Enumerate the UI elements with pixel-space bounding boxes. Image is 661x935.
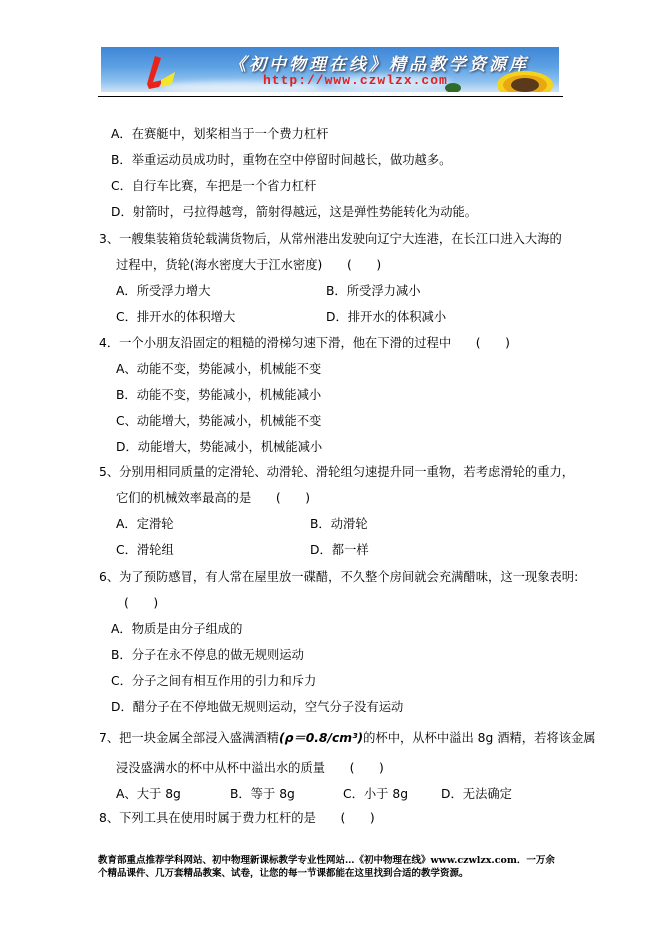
q5-option-a: A．定滑轮 bbox=[116, 516, 174, 532]
q7-option-a: A、大于 8g bbox=[116, 786, 181, 802]
footer-line2: 个精品课件、几万套精品教案、试卷，让您的每一节课都能在这里找到合适的教学资源。 bbox=[98, 868, 469, 880]
q2-option-b: B．举重运动员成功时，重物在空中停留时间越长，做功越多。 bbox=[111, 152, 451, 168]
q6-option-d: D．醋分子在不停地做无规则运动，空气分子没有运动 bbox=[111, 699, 403, 715]
header-rule bbox=[98, 96, 563, 97]
q7-option-c: C．小于 8g bbox=[343, 786, 408, 802]
q6-option-b: B．分子在永不停息的做无规则运动 bbox=[111, 647, 304, 663]
density-formula: (ρ＝0.8/cm³) bbox=[279, 731, 363, 745]
q3-option-c: C．排开水的体积增大 bbox=[116, 309, 235, 325]
q7-stem-line1: 7、把一块金属全部浸入盛满酒精(ρ＝0.8/cm³)的杯中，从杯中溢出 8g 酒… bbox=[99, 730, 596, 746]
q2-option-c: C．自行车比赛，车把是一个省力杠杆 bbox=[111, 178, 316, 194]
banner-url: http://www.czwlzx.com bbox=[263, 73, 448, 88]
q4-option-d: D．动能增大，势能减小，机械能减小 bbox=[116, 439, 322, 455]
q3-option-d: D．排开水的体积减小 bbox=[326, 309, 446, 325]
q3-stem-line1: 3、一艘集装箱货轮载满货物后，从常州港出发驶向辽宁大连港，在长江口进入大海的 bbox=[99, 231, 562, 247]
q5-stem-line2: 它们的机械效率最高的是 ( ) bbox=[116, 490, 310, 506]
q5-option-d: D．都一样 bbox=[310, 542, 369, 558]
banner-title: 《初中物理在线》精品教学资源库 bbox=[229, 50, 529, 75]
q6-stem-line2: ( ) bbox=[124, 595, 158, 611]
q8-stem: 8、下列工具在使用时属于费力杠杆的是 ( ) bbox=[99, 810, 375, 826]
footer-line1: 教育部重点推荐学科网站、初中物理新课标教学专业性网站…《初中物理在线》www.c… bbox=[98, 855, 555, 867]
q6-stem-line1: 6、为了预防感冒，有人常在屋里放一碟醋，不久整个房间就会充满醋味，这一现象表明: bbox=[99, 569, 578, 585]
q4-option-a: A、动能不变，势能减小，机械能不变 bbox=[116, 361, 321, 377]
q3-option-a: A．所受浮力增大 bbox=[116, 283, 211, 299]
red-yellow-L-logo-icon bbox=[141, 54, 181, 92]
q4-option-b: B．动能不变，势能减小，机械能减小 bbox=[116, 387, 321, 403]
q6-option-a: A．物质是由分子组成的 bbox=[111, 621, 242, 637]
q7-stem-part-a: 7、把一块金属全部浸入盛满酒精 bbox=[99, 731, 279, 745]
q5-option-c: C．滑轮组 bbox=[116, 542, 174, 558]
q7-option-b: B．等于 8g bbox=[230, 786, 295, 802]
q7-stem-line2: 浸没盛满水的杯中从杯中溢出水的质量 ( ) bbox=[116, 760, 384, 776]
q4-option-c: C、动能增大，势能减小，机械能不变 bbox=[116, 413, 321, 429]
sunflower-icon bbox=[495, 59, 555, 92]
q3-option-b: B．所受浮力减小 bbox=[326, 283, 421, 299]
q7-stem-part-b: 的杯中，从杯中溢出 8g 酒精，若将该金属 bbox=[363, 731, 596, 745]
q7-option-d: D．无法确定 bbox=[441, 786, 512, 802]
leaf-icon bbox=[443, 79, 463, 92]
q5-stem-line1: 5、分别用相同质量的定滑轮、动滑轮、滑轮组匀速提升同一重物，若考虑滑轮的重力， bbox=[99, 464, 574, 480]
q2-option-a: A．在赛艇中，划桨相当于一个费力杠杆 bbox=[111, 126, 328, 142]
q2-option-d: D．射箭时，弓拉得越弯，箭射得越远，这是弹性势能转化为动能。 bbox=[111, 204, 477, 220]
q5-option-b: B．动滑轮 bbox=[310, 516, 368, 532]
q3-stem-line2: 过程中，货轮(海水密度大于江水密度) ( ) bbox=[116, 257, 381, 273]
q4-stem: 4．一个小朋友沿固定的粗糙的滑梯匀速下滑，他在下滑的过程中 ( ) bbox=[99, 335, 510, 351]
q6-option-c: C．分子之间有相互作用的引力和斥力 bbox=[111, 673, 316, 689]
header-banner: 《初中物理在线》精品教学资源库 http://www.czwlzx.com bbox=[101, 47, 559, 92]
